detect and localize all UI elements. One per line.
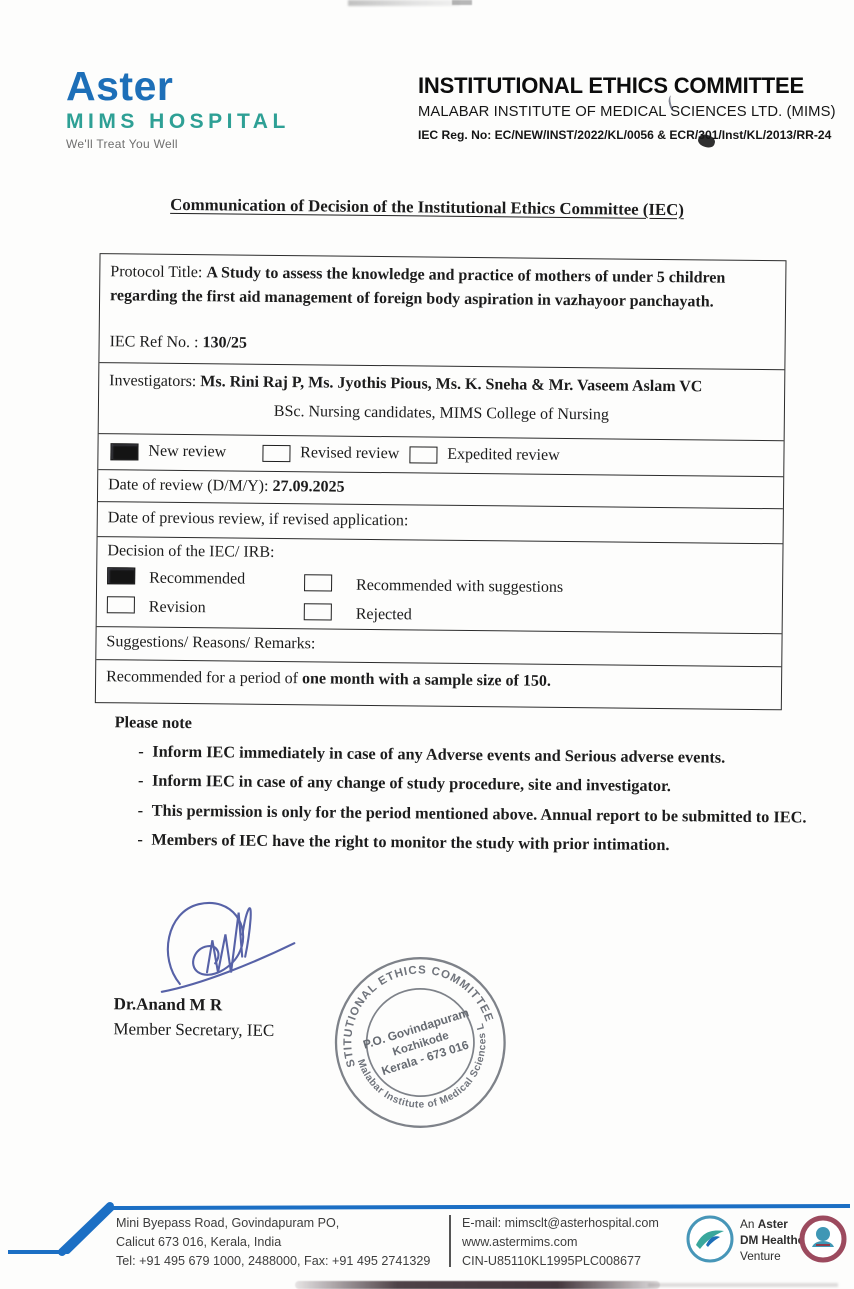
footer-cin: CIN-U85110KL1995PLC008677 (462, 1252, 659, 1271)
decision-option-revision: Revision (107, 596, 304, 618)
signatory-title: Member Secretary, IEC (113, 1017, 274, 1043)
expedited-review-checkbox (409, 446, 437, 463)
new-review-checkbox (110, 443, 138, 460)
expedited-review-label: Expedited review (447, 446, 560, 465)
scanned-document-page: Aster MIMS HOSPITAL We'll Treat You Well… (0, 0, 854, 1289)
protocol-title-label: Protocol Title: (110, 263, 206, 281)
footer-website: www.astermims.com (462, 1233, 659, 1252)
accreditation-seal-icon (799, 1215, 847, 1263)
signatory-block: Dr.Anand M R Member Secretary, IEC (113, 992, 274, 1043)
new-review-label: New review (148, 443, 226, 462)
remarks-label: Suggestions/ Reasons/ Remarks: (106, 633, 315, 652)
investigators-row: Investigators: Ms. Rini Raj P, Ms. Jyoth… (99, 363, 785, 441)
investigators-label: Investigators: (109, 372, 200, 390)
protocol-title-row: Protocol Title: A Study to assess the kn… (99, 254, 785, 370)
signatory-name: Dr.Anand M R (114, 992, 275, 1018)
iec-round-stamp: INSTITUTIONAL ETHICS COMMITTEE ★ ★ Malab… (306, 928, 534, 1156)
investigators-affiliation: BSc. Nursing candidates, MIMS College of… (109, 401, 774, 426)
please-note-heading: Please note (115, 712, 821, 739)
please-note-section: Please note - Inform IEC immediately in … (113, 712, 820, 865)
footer-contact: E-mail: mimsclt@asterhospital.com www.as… (462, 1214, 659, 1271)
recommendation-prefix: Recommended for a period of (106, 668, 302, 687)
decision-option-recommended-with-suggestions: Recommended with suggestions (304, 574, 772, 599)
iec-ref-label: IEC Ref No. : (110, 333, 203, 351)
footer: Mini Byepass Road, Govindapuram PO, Cali… (0, 1193, 854, 1289)
date-of-review-label: Date of review (D/M/Y): (108, 476, 273, 495)
revised-review-label: Revised review (300, 444, 399, 463)
iec-ref-value: 130/25 (202, 334, 247, 351)
decision-label: Decision of the IEC/ IRB: (107, 542, 772, 567)
recommendation-detail: one month with a sample size of 150. (302, 670, 551, 690)
footer-address: Mini Byepass Road, Govindapuram PO, Cali… (116, 1214, 430, 1271)
date-of-review-value: 27.09.2025 (272, 478, 344, 496)
document-title: Communication of Decision of the Institu… (0, 193, 854, 222)
decision-option-recommended: Recommended (107, 567, 304, 589)
iec-decision-table: Protocol Title: A Study to assess the kn… (95, 253, 787, 710)
footer-email: E-mail: mimsclt@asterhospital.com (462, 1214, 659, 1233)
footer-divider (449, 1215, 451, 1267)
dm-healthcare-logo-icon (686, 1215, 734, 1263)
note-item-period-annual-report: - This permission is only for the period… (114, 799, 820, 829)
decision-option-rejected: Rejected (304, 603, 772, 628)
handwritten-signature (150, 886, 321, 998)
previous-review-label: Date of previous review, if revised appl… (108, 509, 409, 529)
note-item-adverse-events: - Inform IEC immediately in case of any … (114, 740, 820, 770)
note-item-change-of-procedure: - Inform IEC in case of any change of st… (114, 770, 820, 800)
rejected-checkbox (304, 603, 332, 620)
revision-checkbox (107, 596, 135, 613)
recommended-checkbox (107, 567, 135, 584)
recommended-with-suggestions-checkbox (304, 574, 332, 591)
revised-review-checkbox (262, 444, 290, 461)
investigators-names: Ms. Rini Raj P, Ms. Jyothis Pious, Ms. K… (200, 373, 702, 395)
recommendation-row: Recommended for a period of one month wi… (96, 660, 781, 709)
note-item-monitoring-right: - Members of IEC have the right to monit… (113, 829, 819, 859)
decision-row: Decision of the IEC/ IRB: Recommended Re… (97, 537, 783, 634)
